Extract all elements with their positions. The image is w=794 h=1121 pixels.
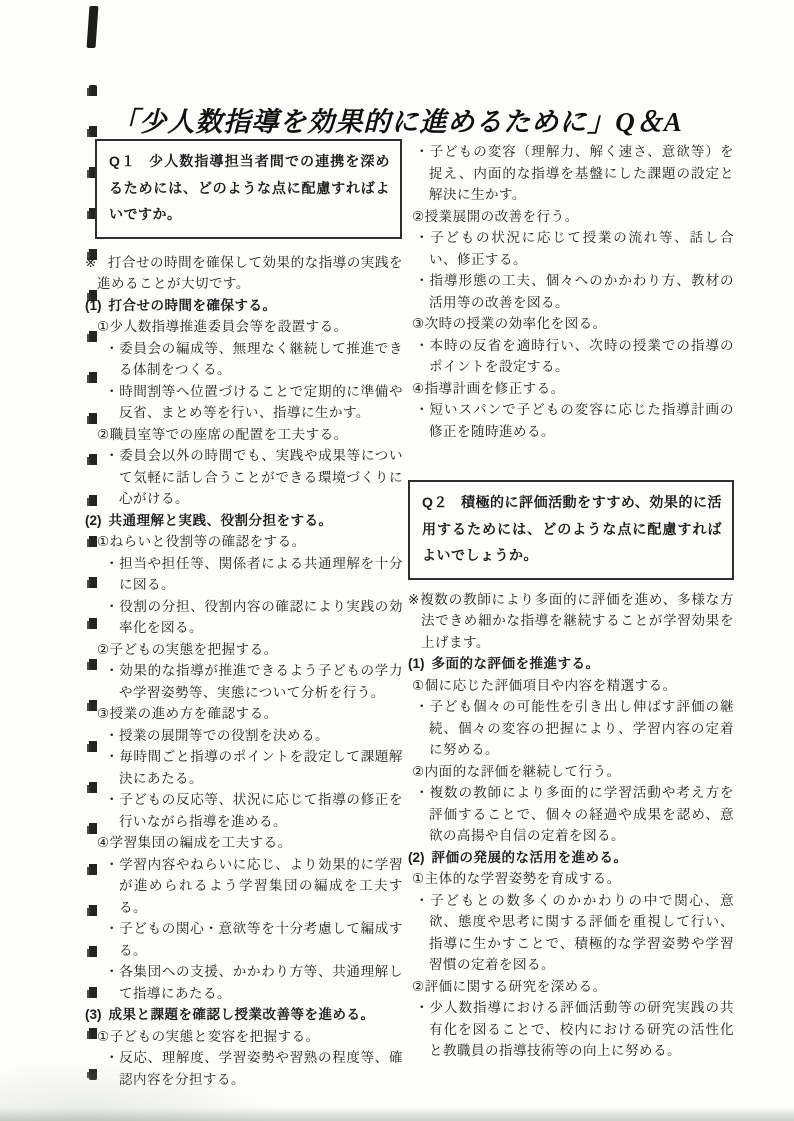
- list-item: ・指導形態の工夫、個々へのかかわり方、教材の活用等の改善を図る。: [415, 270, 734, 313]
- item-marker: ・: [105, 341, 119, 356]
- item-marker: ※: [408, 592, 420, 607]
- scanned-document-page: 「少人数指導を効果的に進めるために」Q＆A Q１少人数指導担当者間での連携を深め…: [0, 0, 794, 1121]
- item-text: 本時の反省を適時行い、次時の授業での指導のポイントを設定する。: [429, 338, 734, 375]
- list-item: (1)打合せの時間を確保する。: [85, 295, 403, 317]
- item-marker: (2): [85, 513, 102, 528]
- item-text: 各集団への支援、かかわり方等、共通理解して指導にあたる。: [119, 964, 403, 1001]
- item-marker: ②: [412, 764, 425, 779]
- list-item: ・授業の展開等での役割を決める。: [105, 725, 403, 747]
- list-item: ③次時の授業の効率化を図る。: [412, 313, 734, 335]
- item-text: 内面的な評価を継続して行う。: [425, 764, 621, 779]
- item-text: ねらいと役割等の確認をする。: [110, 534, 306, 549]
- item-marker: ②: [412, 209, 425, 224]
- item-text: 少人数指導推進委員会等を設置する。: [110, 319, 348, 334]
- list-item: ・子どもの変容（理解力、解く速さ、意欲等）を捉え、内面的な指導を基盤にした課題の…: [415, 141, 734, 206]
- item-marker: ・: [105, 599, 119, 614]
- item-marker: ②: [97, 427, 110, 442]
- item-marker: ①: [97, 534, 110, 549]
- item-marker: ・: [415, 144, 430, 159]
- list-item: ※複数の教師により多面的に評価を進め、多様な方法できめ細かな指導を継続することが…: [408, 589, 734, 654]
- item-text: 評価の発展的な活用を進める。: [432, 850, 628, 865]
- list-item: (1)多面的な評価を推進する。: [408, 653, 734, 675]
- item-marker: ・: [105, 857, 119, 872]
- item-text: 複数の教師により多面的に学習活動や考え方を評価することで、個々の経過や成果を認め…: [429, 785, 734, 843]
- list-item: ・毎時間ごと指導のポイントを設定して課題解決にあたる。: [105, 746, 403, 789]
- item-marker: ・: [415, 338, 430, 353]
- list-item: ・少人数指導における評価活動等の研究実践の共有化を図ることで、校内における研究の…: [415, 997, 734, 1062]
- item-text: 子どもの関心・意欲等を十分考慮して編成する。: [119, 921, 403, 958]
- list-item: ②評価に関する研究を深める。: [412, 976, 734, 998]
- item-text: 授業の展開等での役割を決める。: [119, 728, 329, 743]
- item-marker: (1): [408, 656, 425, 671]
- q1-answer-list: ※打合せの時間を確保して効果的な指導の実践を進めることが大切です。(1)打合せの…: [85, 252, 403, 1091]
- item-text: 評価に関する研究を深める。: [425, 979, 607, 994]
- left-column: Q１少人数指導担当者間での連携を深めるためには、どのような点に配慮すればよいです…: [85, 139, 403, 1090]
- list-item: ※打合せの時間を確保して効果的な指導の実践を進めることが大切です。: [85, 252, 403, 295]
- item-text: 毎時間ごと指導のポイントを設定して課題解決にあたる。: [119, 749, 403, 786]
- list-item: ①ねらいと役割等の確認をする。: [97, 531, 403, 553]
- list-item: ・子どもとの数多くのかかわりの中で関心、意欲、態度や思考に関する評価を重視して行…: [415, 890, 734, 976]
- item-text: 子どもとの数多くのかかわりの中で関心、意欲、態度や思考に関する評価を重視して行い…: [429, 893, 734, 973]
- question-2-label: Q２: [422, 494, 448, 510]
- item-text: 多面的な評価を推進する。: [432, 656, 600, 671]
- list-item: ・子どもの関心・意欲等を十分考慮して編成する。: [105, 918, 403, 961]
- item-marker: ・: [105, 663, 119, 678]
- question-2-box: Q２積極的に評価活動をすすめ、効果的に活用するためには、どのような点に配慮すれば…: [408, 480, 734, 580]
- right-column: ・子どもの変容（理解力、解く速さ、意欲等）を捉え、内面的な指導を基盤にした課題の…: [408, 141, 734, 1062]
- list-item: (3)成果と課題を確認し授業改善等を進める。: [85, 1004, 403, 1026]
- list-item: ・子どもの状況に応じて授業の流れ等、話し合い、修正する。: [415, 227, 734, 270]
- item-marker: ④: [412, 381, 425, 396]
- scan-artifact-bottom-band: [0, 1107, 794, 1121]
- item-text: 役割の分担、役割内容の確認により実践の効率化を図る。: [119, 599, 403, 636]
- item-text: 少人数指導における評価活動等の研究実践の共有化を図ることで、校内における研究の活…: [429, 1000, 734, 1058]
- item-text: 共通理解と実践、役割分担をする。: [109, 513, 333, 528]
- scan-artifact-top-streak: [87, 6, 99, 48]
- list-item: ②子どもの実態を把握する。: [97, 639, 403, 661]
- item-marker: ①: [97, 1029, 110, 1044]
- item-marker: ・: [105, 749, 119, 764]
- list-item: ・短いスパンで子どもの変容に応じた指導計画の修正を随時進める。: [415, 399, 734, 442]
- item-text: 子どもの反応等、状況に応じて指導の修正を行いながら指導を進める。: [119, 792, 403, 829]
- list-item: ・子どもの反応等、状況に応じて指導の修正を行いながら指導を進める。: [105, 789, 403, 832]
- item-marker: ・: [415, 230, 430, 245]
- list-item: ①個に応じた評価項目や内容を精選する。: [412, 675, 734, 697]
- item-marker: ・: [105, 556, 119, 571]
- item-marker: ①: [412, 871, 425, 886]
- list-item: ②職員室等での座席の配置を工夫する。: [97, 424, 403, 446]
- item-text: 学習内容やねらいに応じ、より効果的に学習が進められるよう学習集団の編成を工夫する…: [119, 857, 403, 915]
- list-item: ・学習内容やねらいに応じ、より効果的に学習が進められるよう学習集団の編成を工夫す…: [105, 854, 403, 919]
- item-marker: ・: [415, 699, 430, 714]
- question-1-label: Q１: [109, 153, 136, 169]
- item-marker: ・: [105, 964, 119, 979]
- item-text: 子どもの実態を把握する。: [110, 642, 278, 657]
- item-text: 次時の授業の効率化を図る。: [425, 316, 607, 331]
- q2-answer-list: ※複数の教師により多面的に評価を進め、多様な方法できめ細かな指導を継続することが…: [408, 589, 734, 1062]
- item-marker: ③: [412, 316, 425, 331]
- item-text: 指導形態の工夫、個々へのかかわり方、教材の活用等の改善を図る。: [429, 273, 734, 310]
- list-item: ②授業展開の改善を行う。: [412, 206, 734, 228]
- item-text: 主体的な学習姿勢を育成する。: [425, 871, 621, 886]
- item-text: 授業の進め方を確認する。: [110, 706, 278, 721]
- item-marker: ①: [412, 678, 425, 693]
- item-text: 子どもの変容（理解力、解く速さ、意欲等）を捉え、内面的な指導を基盤にした課題の設…: [429, 144, 734, 202]
- item-marker: ・: [105, 384, 119, 399]
- item-marker: ・: [105, 728, 119, 743]
- list-item: ・時間割等へ位置づけることで定期的に準備や反省、まとめ等を行い、指導に生かす。: [105, 381, 403, 424]
- list-item: ①主体的な学習姿勢を育成する。: [412, 868, 734, 890]
- item-marker: ※: [85, 255, 97, 270]
- list-item: ・各集団への支援、かかわり方等、共通理解して指導にあたる。: [105, 961, 403, 1004]
- list-item: ④指導計画を修正する。: [412, 378, 734, 400]
- question-1-text: 少人数指導担当者間での連携を深めるためには、どのような点に配慮すればよいですか。: [109, 153, 390, 222]
- item-text: 打合せの時間を確保する。: [109, 298, 277, 313]
- item-text: 個に応じた評価項目や内容を精選する。: [425, 678, 677, 693]
- list-item: ④学習集団の編成を工夫する。: [97, 832, 403, 854]
- page-title: 「少人数指導を効果的に進めるために」Q＆A: [0, 100, 794, 139]
- list-item: (2)評価の発展的な活用を進める。: [408, 847, 734, 869]
- item-marker: ④: [97, 835, 110, 850]
- question-2-text: 積極的に評価活動をすすめ、効果的に活用するためには、どのような点に配慮すればよい…: [422, 494, 722, 563]
- item-text: 子ども個々の可能性を引き出し伸ばす評価の継続、個々の変容の把握により、学習内容の…: [429, 699, 734, 757]
- item-marker: ・: [415, 893, 430, 908]
- item-text: 子どもの状況に応じて授業の流れ等、話し合い、修正する。: [429, 230, 734, 267]
- item-text: 委員会以外の時間でも、実践や成果等について気軽に話し合うことができる環境づくりに…: [119, 448, 403, 506]
- list-item: ②内面的な評価を継続して行う。: [412, 761, 734, 783]
- item-marker: (3): [85, 1007, 102, 1022]
- item-marker: ②: [412, 979, 425, 994]
- item-text: 学習集団の編成を工夫する。: [110, 835, 292, 850]
- list-item: ①少人数指導推進委員会等を設置する。: [97, 316, 403, 338]
- item-text: 指導計画を修正する。: [425, 381, 565, 396]
- item-text: 授業展開の改善を行う。: [425, 209, 579, 224]
- item-text: 打合せの時間を確保して効果的な指導の実践を進めることが大切です。: [97, 255, 403, 292]
- item-marker: ・: [105, 448, 119, 463]
- item-text: 複数の教師により多面的に評価を進め、多様な方法できめ細かな指導を継続することが学…: [420, 592, 734, 650]
- item-text: 短いスパンで子どもの変容に応じた指導計画の修正を随時進める。: [429, 402, 734, 439]
- item-marker: ・: [415, 1000, 430, 1015]
- list-item: ・担当や担任等、関係者による共通理解を十分に図る。: [105, 553, 403, 596]
- list-item: (2)共通理解と実践、役割分担をする。: [85, 510, 403, 532]
- list-item: ・役割の分担、役割内容の確認により実践の効率化を図る。: [105, 596, 403, 639]
- item-marker: ・: [105, 921, 119, 936]
- list-item: ・効果的な指導が推進できるよう子どもの学力や学習姿勢等、実態について分析を行う。: [105, 660, 403, 703]
- q1-answer-list-continued: ・子どもの変容（理解力、解く速さ、意欲等）を捉え、内面的な指導を基盤にした課題の…: [408, 141, 734, 442]
- item-marker: ・: [105, 792, 119, 807]
- item-text: 職員室等での座席の配置を工夫する。: [110, 427, 348, 442]
- list-item: ・本時の反省を適時行い、次時の授業での指導のポイントを設定する。: [415, 335, 734, 378]
- question-1-box: Q１少人数指導担当者間での連携を深めるためには、どのような点に配慮すればよいです…: [95, 139, 402, 239]
- item-text: 時間割等へ位置づけることで定期的に準備や反省、まとめ等を行い、指導に生かす。: [119, 384, 403, 421]
- item-text: 子どもの実態と変容を把握する。: [110, 1029, 320, 1044]
- list-item: ・子ども個々の可能性を引き出し伸ばす評価の継続、個々の変容の把握により、学習内容…: [415, 696, 734, 761]
- item-marker: ③: [97, 706, 110, 721]
- list-item: ・複数の教師により多面的に学習活動や考え方を評価することで、個々の経過や成果を認…: [415, 782, 734, 847]
- list-item: ・委員会の編成等、無理なく継続して推進できる体制をつくる。: [105, 338, 403, 381]
- item-text: 委員会の編成等、無理なく継続して推進できる体制をつくる。: [119, 341, 403, 378]
- item-marker: ①: [97, 319, 110, 334]
- list-item: ・委員会以外の時間でも、実践や成果等について気軽に話し合うことができる環境づくり…: [105, 445, 403, 510]
- item-text: 担当や担任等、関係者による共通理解を十分に図る。: [119, 556, 403, 593]
- item-marker: (2): [408, 850, 425, 865]
- item-text: 成果と課題を確認し授業改善等を進める。: [109, 1007, 375, 1022]
- item-marker: ・: [415, 785, 430, 800]
- item-text: 効果的な指導が推進できるよう子どもの学力や学習姿勢等、実態について分析を行う。: [119, 663, 403, 700]
- item-marker: (1): [85, 298, 102, 313]
- list-item: ①子どもの実態と変容を把握する。: [97, 1026, 403, 1048]
- item-marker: ・: [415, 402, 430, 417]
- list-item: ③授業の進め方を確認する。: [97, 703, 403, 725]
- item-marker: ・: [415, 273, 430, 288]
- item-marker: ②: [97, 642, 110, 657]
